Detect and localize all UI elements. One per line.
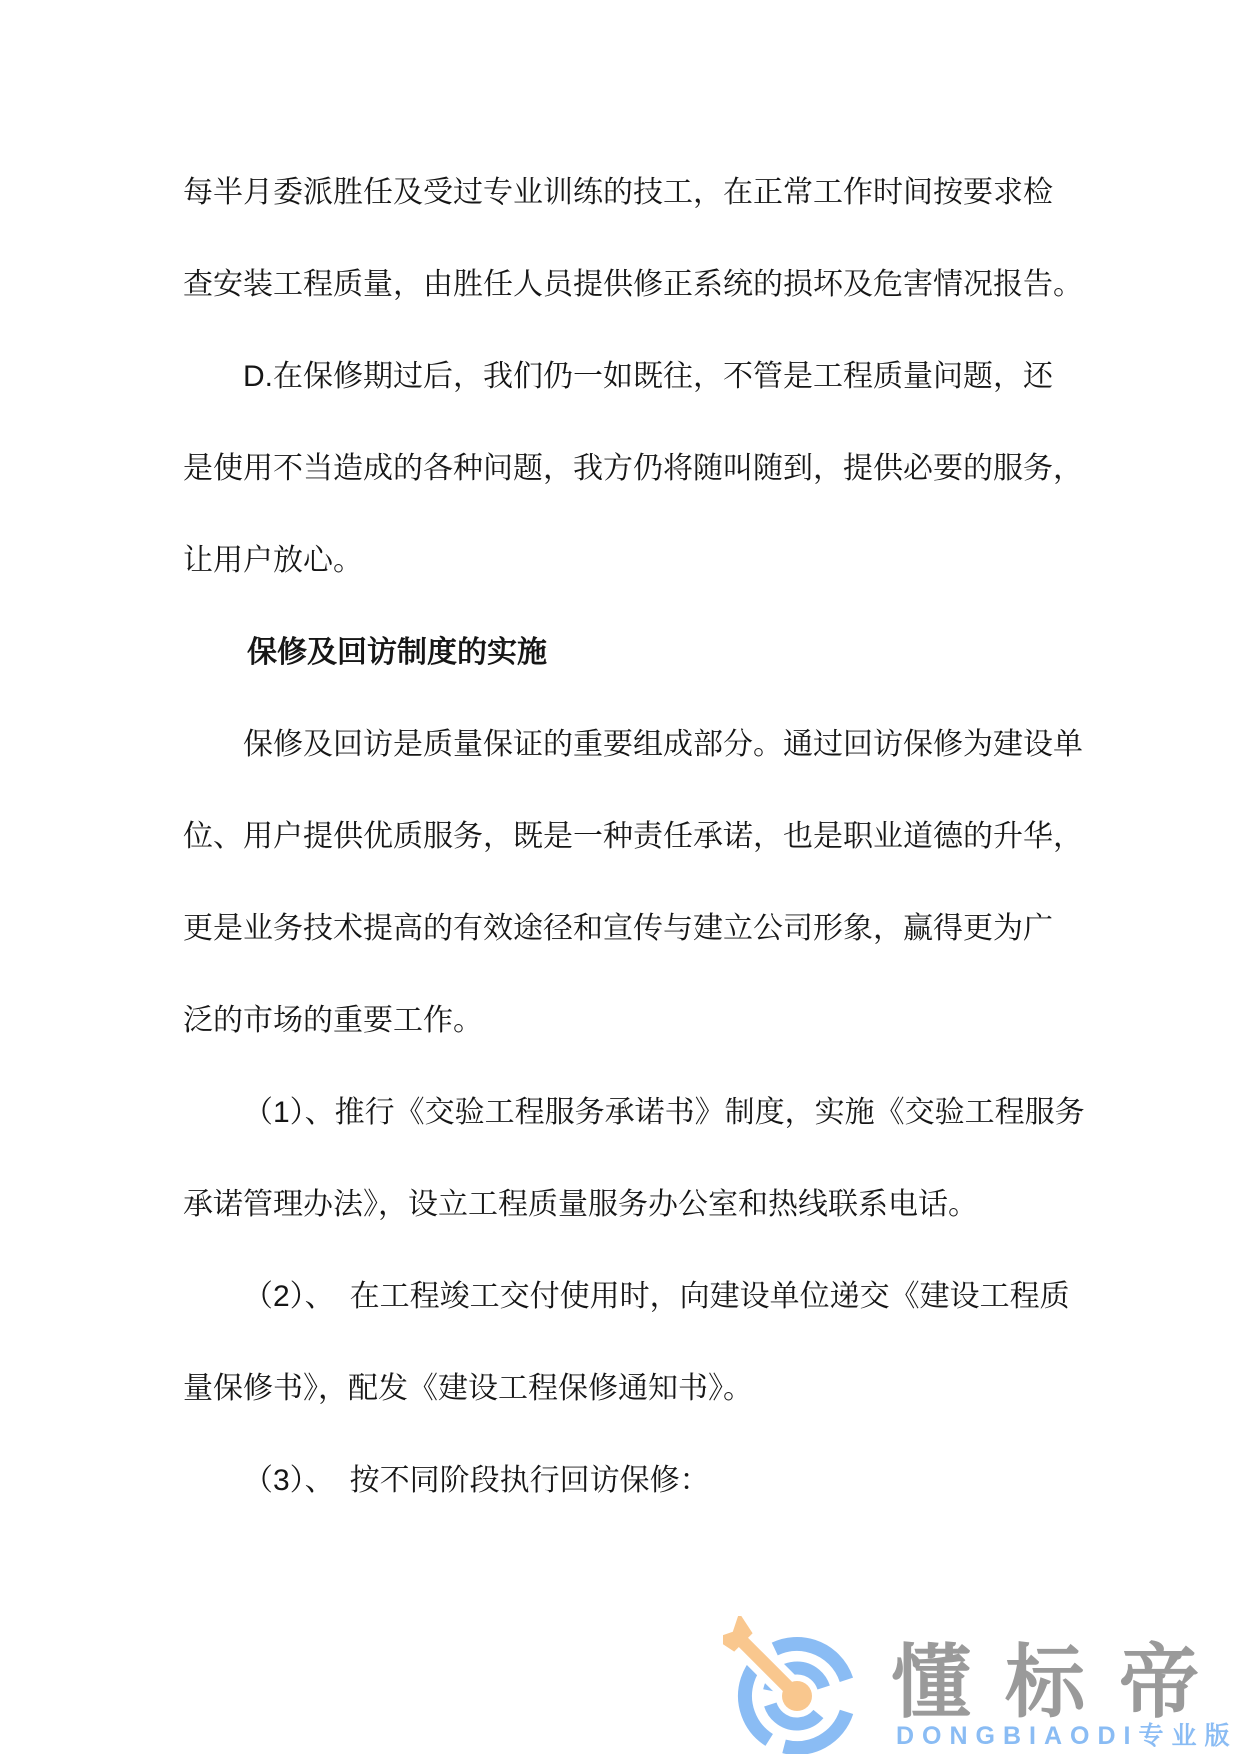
watermark-brand-latin: DONGBIAODI <box>896 1722 1139 1750</box>
text-line: 承诺管理办法》，设立工程质量服务办公室和热线联系电话。 <box>183 1159 1181 1251</box>
text-line: 让用户放心。 <box>183 515 1181 607</box>
text-line: （3）、 按不同阶段执行回访保修： <box>183 1435 1181 1527</box>
text-line: 更是业务技术提高的有效途径和宣传与建立公司形象，赢得更为广 <box>183 883 1181 975</box>
watermark-edition: 专业版 <box>1139 1722 1238 1750</box>
text-line: D.在保修期过后，我们仍一如既往，不管是工程质量问题，还 <box>183 331 1181 423</box>
text-line: 位、用户提供优质服务，既是一种责任承诺，也是职业道德的升华， <box>183 791 1181 883</box>
section-heading: 保修及回访制度的实施 <box>183 607 1181 699</box>
text-line: 每半月委派胜任及受过专业训练的技工，在正常工作时间按要求检 <box>183 147 1181 239</box>
text-line: 是使用不当造成的各种问题，我方仍将随叫随到，提供必要的服务， <box>183 423 1181 515</box>
watermark-brand-en: DONGBIAODI专业版 <box>896 1722 1238 1750</box>
text-line: 查安装工程质量，由胜任人员提供修正系统的损坏及危害情况报告。 <box>183 239 1181 331</box>
text-line: 保修及回访是质量保证的重要组成部分。通过回访保修为建设单 <box>183 699 1181 791</box>
document-body: 每半月委派胜任及受过专业训练的技工，在正常工作时间按要求检查安装工程质量，由胜任… <box>183 147 1181 1527</box>
text-line: （2）、 在工程竣工交付使用时，向建设单位递交《建设工程质 <box>183 1251 1181 1343</box>
text-line: 泛的市场的重要工作。 <box>183 975 1181 1067</box>
page: { "page": { "background": "#ffffff", "te… <box>0 0 1241 1754</box>
watermark-brand-cn: 懂标帝 <box>891 1642 1233 1724</box>
dongbiaodi-target-icon <box>723 1616 865 1754</box>
text-line: （1）、推行《交验工程服务承诺书》制度，实施《交验工程服务 <box>183 1067 1181 1159</box>
text-line: 量保修书》，配发《建设工程保修通知书》。 <box>183 1343 1181 1435</box>
